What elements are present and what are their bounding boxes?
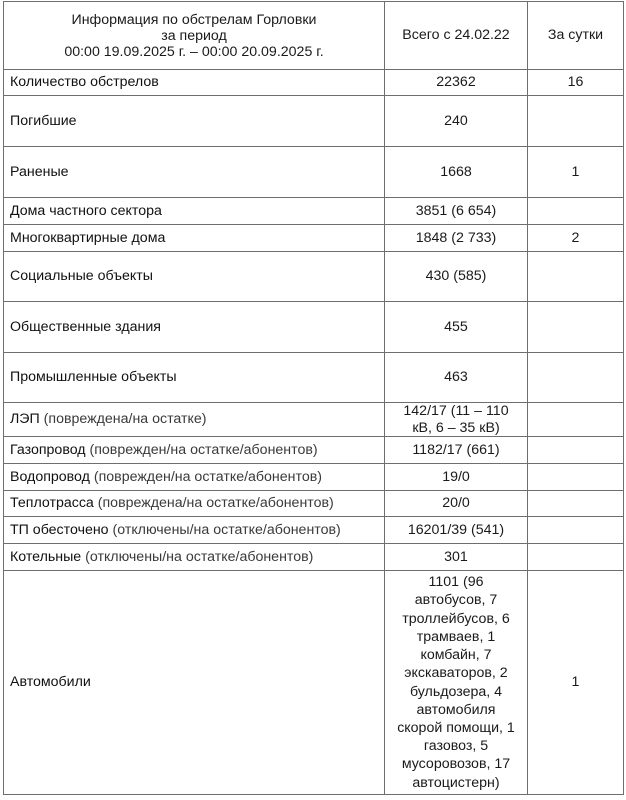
row-label-text: Раненые [10, 164, 69, 180]
row-day: 1 [528, 571, 624, 795]
row-total: 19/0 [385, 464, 528, 491]
row-total: 455 [385, 302, 528, 353]
row-total: 1848 (2 733) [385, 225, 528, 252]
row-label: Промышленные объекты [4, 353, 385, 403]
header-title-cell: Информация по обстрелам Горловки за пери… [4, 2, 385, 70]
row-label: Погибшие [4, 96, 385, 147]
row-label-note: (поврежден/на остатке/абонентов) [86, 442, 318, 458]
row-label-text: ТП обесточено [10, 522, 109, 538]
table-row: Погибшие 240 [4, 96, 624, 147]
row-label-text: Котельные [10, 549, 81, 565]
row-total: 301 [385, 544, 528, 571]
row-total: 16201/39 (541) [385, 517, 528, 544]
table-row: Дома частного сектора 3851 (6 654) [4, 198, 624, 225]
row-day [528, 96, 624, 147]
header-title-line-1: Информация по обстрелам Горловки [10, 12, 378, 28]
row-total: 22362 [385, 70, 528, 96]
row-label-text: Теплотрасса [10, 495, 94, 511]
row-label-note: (повреждена/на остатке/абонентов) [94, 495, 334, 511]
row-day [528, 353, 624, 403]
row-label-note: (отключены/на остатке/абонентов) [81, 549, 313, 565]
row-day [528, 403, 624, 437]
row-day: 1 [528, 147, 624, 198]
table-row: Котельные (отключены/на остатке/абоненто… [4, 544, 624, 571]
row-day [528, 491, 624, 517]
row-label-text: Многоквартирные дома [10, 230, 165, 246]
shelling-report-table: Информация по обстрелам Горловки за пери… [3, 1, 624, 795]
row-label: Газопровод (поврежден/на остатке/абонент… [4, 437, 385, 464]
row-label: Теплотрасса (повреждена/на остатке/абоне… [4, 491, 385, 517]
row-label-text: Социальные объекты [10, 268, 153, 284]
table-row: Раненые 1668 1 [4, 147, 624, 198]
row-day [528, 437, 624, 464]
row-label: ТП обесточено (отключены/на остатке/абон… [4, 517, 385, 544]
row-day [528, 544, 624, 571]
row-label-text: Автомобили [10, 674, 91, 690]
header-total-column: Всего с 24.02.22 [385, 2, 528, 70]
row-day [528, 464, 624, 491]
row-day [528, 517, 624, 544]
row-label: ЛЭП (повреждена/на остатке) [4, 403, 385, 437]
row-label: Водопровод (поврежден/на остатке/абонент… [4, 464, 385, 491]
table-row: Общественные здания 455 [4, 302, 624, 353]
row-label-text: Погибшие [10, 113, 77, 129]
row-label: Количество обстрелов [4, 70, 385, 96]
row-day [528, 302, 624, 353]
table-row: Газопровод (поврежден/на остатке/абонент… [4, 437, 624, 464]
table-row: Теплотрасса (повреждена/на остатке/абоне… [4, 491, 624, 517]
row-day: 16 [528, 70, 624, 96]
row-label: Многоквартирные дома [4, 225, 385, 252]
row-label-text: ЛЭП [10, 411, 40, 427]
row-total: 3851 (6 654) [385, 198, 528, 225]
table-row: Социальные объекты 430 (585) [4, 252, 624, 302]
row-total: 463 [385, 353, 528, 403]
row-label: Раненые [4, 147, 385, 198]
row-label: Общественные здания [4, 302, 385, 353]
row-total: 142/17 (11 – 110 кВ, 6 – 35 кВ) [385, 403, 528, 437]
row-label-text: Газопровод [10, 442, 86, 458]
row-label-note: (поврежден/на остатке/абонентов) [90, 469, 322, 485]
row-label-text: Промышленные объекты [10, 369, 177, 385]
table-row: ЛЭП (повреждена/на остатке) 142/17 (11 –… [4, 403, 624, 437]
table-row: Количество обстрелов 22362 16 [4, 70, 624, 96]
row-label: Дома частного сектора [4, 198, 385, 225]
row-total: 20/0 [385, 491, 528, 517]
header-title-line-3: 00:00 19.09.2025 г. – 00:00 20.09.2025 г… [10, 44, 378, 60]
table-row: Многоквартирные дома 1848 (2 733) 2 [4, 225, 624, 252]
row-label: Автомобили [4, 571, 385, 795]
row-label-note: (отключены/на остатке/абонентов) [109, 522, 341, 538]
table-row: Промышленные объекты 463 [4, 353, 624, 403]
row-label-text: Общественные здания [10, 319, 161, 335]
row-label: Котельные (отключены/на остатке/абоненто… [4, 544, 385, 571]
row-label-text: Количество обстрелов [10, 74, 159, 90]
header-title-line-2: за период [10, 28, 378, 44]
row-label-text: Дома частного сектора [10, 203, 162, 219]
table-row: Автомобили 1101 (96 автобусов, 7 троллей… [4, 571, 624, 795]
row-day [528, 198, 624, 225]
table-row: Водопровод (поврежден/на остатке/абонент… [4, 464, 624, 491]
row-total: 240 [385, 96, 528, 147]
row-label-text: Водопровод [10, 469, 90, 485]
row-total: 1101 (96 автобусов, 7 троллейбусов, 6 тр… [385, 571, 528, 795]
row-day: 2 [528, 225, 624, 252]
table-row: ТП обесточено (отключены/на остатке/абон… [4, 517, 624, 544]
row-total: 1668 [385, 147, 528, 198]
row-label-note: (повреждена/на остатке) [40, 411, 207, 427]
header-day-column: За сутки [528, 2, 624, 70]
row-day [528, 252, 624, 302]
table-header-row: Информация по обстрелам Горловки за пери… [4, 2, 624, 70]
row-total: 430 (585) [385, 252, 528, 302]
row-label: Социальные объекты [4, 252, 385, 302]
row-total: 1182/17 (661) [385, 437, 528, 464]
